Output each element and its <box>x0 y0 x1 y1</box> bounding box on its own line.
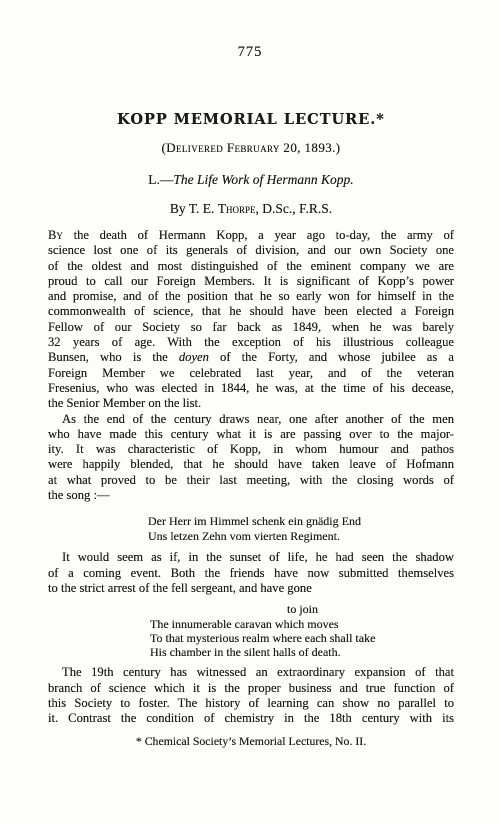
text-line: 32 years of age. With the exception of h… <box>48 335 454 350</box>
text-line: Foreign Member we celebrated last year, … <box>48 366 454 381</box>
article-content: KOPP MEMORIAL LECTURE.* (Delivered Febru… <box>48 110 454 749</box>
lecture-title: KOPP MEMORIAL LECTURE.* <box>48 110 454 129</box>
footnote: * Chemical Society’s Memorial Lectures, … <box>48 734 454 749</box>
text-line: Der Herr im Himmel schenk ein gnädig End <box>148 514 454 529</box>
text-line: ity. It was characteristic of Kopp, in w… <box>48 442 454 457</box>
text-line: Fellow of our Society so far back as 184… <box>48 320 454 335</box>
text-line: By the death of Hermann Kopp, a year ago… <box>48 228 454 243</box>
text-segment: The Life Work of Hermann Kopp. <box>173 172 353 187</box>
text-segment: L.— <box>148 172 173 187</box>
paragraph-2: As the end of the century draws near, on… <box>48 412 454 504</box>
text-line: who have made this century what it is ar… <box>48 427 454 442</box>
text-segment: doyen <box>179 350 209 364</box>
text-segment: By T. E. <box>170 201 218 216</box>
text-line: Fresenius, who was elected in 1844, he w… <box>48 381 454 396</box>
article-heading: L.—The Life Work of Hermann Kopp. <box>48 171 454 188</box>
text-line: The innumerable caravan which moves <box>150 617 454 631</box>
paragraph-4: The 19th century has witnessed an extrao… <box>48 665 454 726</box>
journal-page: 775 KOPP MEMORIAL LECTURE.* (Delivered F… <box>0 0 500 825</box>
text-line: were happily blended, that he should hav… <box>48 457 454 472</box>
page-number: 775 <box>0 45 500 60</box>
paragraph-3: It would seem as if, in the sunset of li… <box>48 550 454 596</box>
text-line: His chamber in the silent halls of death… <box>150 645 454 659</box>
text-line: at what proved to be their last meeting,… <box>48 473 454 488</box>
text-line: To that mysterious realm where each shal… <box>150 631 454 645</box>
text-line: it. Contrast the condition of chemistry … <box>48 711 454 726</box>
text-segment: Thorpe <box>218 201 256 216</box>
text-line: the song :— <box>48 488 454 503</box>
text-line: this Society to foster. The history of l… <box>48 696 454 711</box>
text-line: to join <box>150 602 454 616</box>
text-line: of the oldest and most distinguished of … <box>48 259 454 274</box>
text-segment: the death of Hermann Kopp, a year ago to… <box>63 228 454 242</box>
paragraph-1: By the death of Hermann Kopp, a year ago… <box>48 228 454 412</box>
text-line: Uns letzen Zehn vom vierten Regiment. <box>148 529 454 544</box>
text-line: of a coming event. Both the friends have… <box>48 566 454 581</box>
text-line: to the strict arrest of the fell sergean… <box>48 581 454 596</box>
author-byline: By T. E. Thorpe, D.Sc., F.R.S. <box>48 200 454 217</box>
text-line: and promise, and of the position that he… <box>48 289 454 304</box>
text-line: The 19th century has witnessed an extrao… <box>48 665 454 680</box>
text-segment: of the Forty, and whose jubilee as a <box>209 350 454 364</box>
text-line: science lost one of its generals of divi… <box>48 243 454 258</box>
english-verse-quote: to joinThe innumerable caravan which mov… <box>150 602 454 659</box>
text-line: branch of science which it is the proper… <box>48 681 454 696</box>
text-line: the Senior Member on the list. <box>48 396 454 411</box>
text-line: Bunsen, who is the doyen of the Forty, a… <box>48 350 454 365</box>
text-segment: Bunsen, who is the <box>48 350 179 364</box>
text-line: As the end of the century draws near, on… <box>48 412 454 427</box>
german-song-quote: Der Herr im Himmel schenk ein gnädig End… <box>148 514 454 544</box>
delivered-date-line: (Delivered February 20, 1893.) <box>48 140 454 155</box>
text-line: It would seem as if, in the sunset of li… <box>48 550 454 565</box>
text-line: proud to call our Foreign Members. It is… <box>48 274 454 289</box>
text-segment: , D.Sc., F.R.S. <box>256 201 333 216</box>
text-line: commonwealth of science, that he should … <box>48 304 454 319</box>
